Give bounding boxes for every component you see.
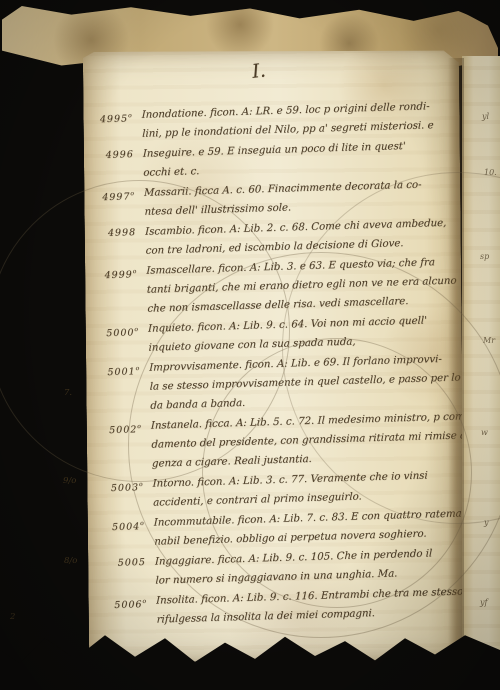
entry-number: 5004o (96, 514, 154, 538)
writing-fragment: Mr (483, 336, 495, 345)
margin-scribble: 2 (10, 612, 15, 622)
writing-fragment: w (481, 428, 488, 437)
page-heading: I. (251, 59, 267, 82)
entry-number: 5003o (95, 475, 153, 499)
entry-number: 4997o (87, 184, 145, 208)
margin-scribble: 8/o (64, 556, 77, 566)
manuscript-page: I. 4995oInondatione. ficon. A: LR. e 59.… (83, 48, 465, 664)
entry-text: Insolita. ficon. A: Lib. 9. c. 116. Entr… (156, 582, 477, 629)
writing-fragment: y (484, 518, 489, 527)
underlying-page-edge (462, 56, 500, 660)
margin-scribble: 7. (64, 388, 72, 398)
entry-text: Ismascellare. ficon. A: Lib. 3. e 63. E … (146, 253, 457, 319)
writing-fragment: yl (482, 112, 489, 121)
margin-scribble: 9/o (63, 476, 76, 486)
entry-number: 4996 (86, 145, 144, 166)
entry-text: Improvvisamente. ficon. A: Lib. e 69. Il… (149, 349, 480, 416)
entry-number: 5002o (94, 417, 152, 441)
page-fold-shadow (448, 58, 464, 658)
entry-number: 5001o (92, 359, 150, 383)
writing-fragment: sp (480, 252, 489, 261)
index-entry: 5001oImprovvisamente. ficon. A: Lib. e 6… (92, 350, 458, 418)
entry-number: 5000o (91, 320, 149, 344)
entry-number: 4998 (88, 223, 146, 244)
writing-fragment: yf (480, 598, 487, 607)
entry-number: 5005 (98, 553, 156, 574)
entry-number: 4995o (84, 106, 142, 130)
writing-fragment: 10. (484, 168, 497, 177)
entry-number: 5006o (99, 592, 157, 616)
index-entry: 5002oInstanela. ficca. A: Lib. 5. c. 72.… (94, 408, 460, 476)
manuscript-photo: I. 4995oInondatione. ficon. A: LR. e 59.… (0, 0, 500, 690)
index-entries: 4995oInondatione. ficon. A: LR. e 59. lo… (84, 97, 463, 633)
index-entry: 4999oIsmascellare. ficon. A: Lib. 3. e 6… (89, 253, 455, 321)
entry-number: 4999o (89, 262, 147, 286)
